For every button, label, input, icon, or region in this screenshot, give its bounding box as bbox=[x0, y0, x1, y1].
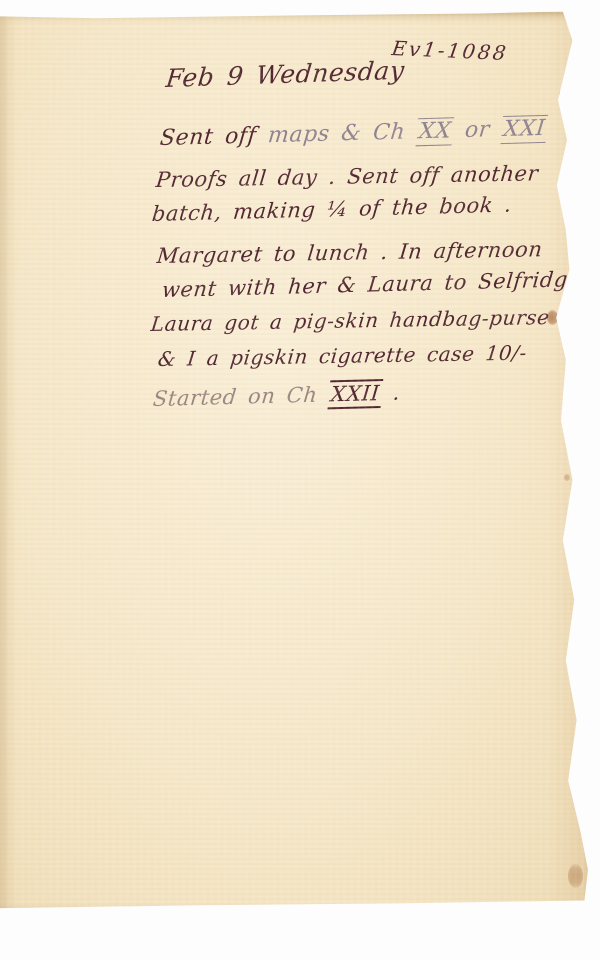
diary-line: Margaret to lunch . In afternoon bbox=[156, 237, 544, 268]
handwriting-segment: & I a pigskin cigarette case 10/- bbox=[157, 341, 529, 371]
paper-fold-shading bbox=[0, 12, 600, 24]
handwriting-segment: Margaret to lunch . In afternoon bbox=[156, 237, 544, 268]
paper-stain bbox=[559, 90, 566, 99]
handwriting-segment: Sent off bbox=[159, 123, 269, 151]
paper-stain bbox=[568, 864, 583, 888]
paper-bottom-edge-shading bbox=[0, 904, 600, 914]
diary-page-paper: Ev1-1088 Feb 9 Wednesday Sent off maps &… bbox=[0, 0, 600, 960]
date-heading: Feb 9 Wednesday bbox=[164, 56, 406, 93]
handwriting-segment: Started on Ch bbox=[152, 382, 330, 411]
diary-line: batch, making ¼ of the book . bbox=[151, 193, 513, 226]
handwriting-segment-chapter-number: XXI bbox=[500, 115, 549, 144]
handwriting-segment: Proofs all day . Sent off another bbox=[155, 161, 540, 192]
handwriting-segment: or bbox=[452, 117, 503, 143]
diary-line: Started on Ch XXII . bbox=[152, 380, 402, 411]
handwriting-segment: Laura got a pig-skin handbag-purse 56/- bbox=[150, 304, 600, 336]
diary-line: Sent off maps & Ch XX or XXI bbox=[159, 116, 549, 151]
handwriting-segment: maps & Ch bbox=[267, 119, 418, 148]
diary-line: Laura got a pig-skin handbag-purse 56/- bbox=[150, 304, 600, 336]
diary-line: & I a pigskin cigarette case 10/- bbox=[157, 341, 529, 371]
handwriting-segment: went with her & Laura to Selfridge . bbox=[161, 267, 600, 303]
handwriting-segment-chapter-number: XX bbox=[415, 117, 454, 146]
paper-stain bbox=[564, 474, 570, 481]
diary-line: went with her & Laura to Selfridge . bbox=[161, 267, 600, 303]
diary-line: Proofs all day . Sent off another bbox=[155, 161, 540, 192]
handwriting-segment-chapter-number: XXII bbox=[327, 379, 383, 409]
handwriting-segment: . bbox=[381, 380, 402, 405]
handwriting-segment: batch, making ¼ of the book . bbox=[151, 193, 513, 226]
scanned-diary-page: Ev1-1088 Feb 9 Wednesday Sent off maps &… bbox=[0, 0, 600, 960]
paper-torn-edge-shading bbox=[548, 0, 600, 960]
paper-left-edge-shading bbox=[0, 0, 18, 960]
catalog-number: Ev1-1088 bbox=[390, 36, 510, 65]
